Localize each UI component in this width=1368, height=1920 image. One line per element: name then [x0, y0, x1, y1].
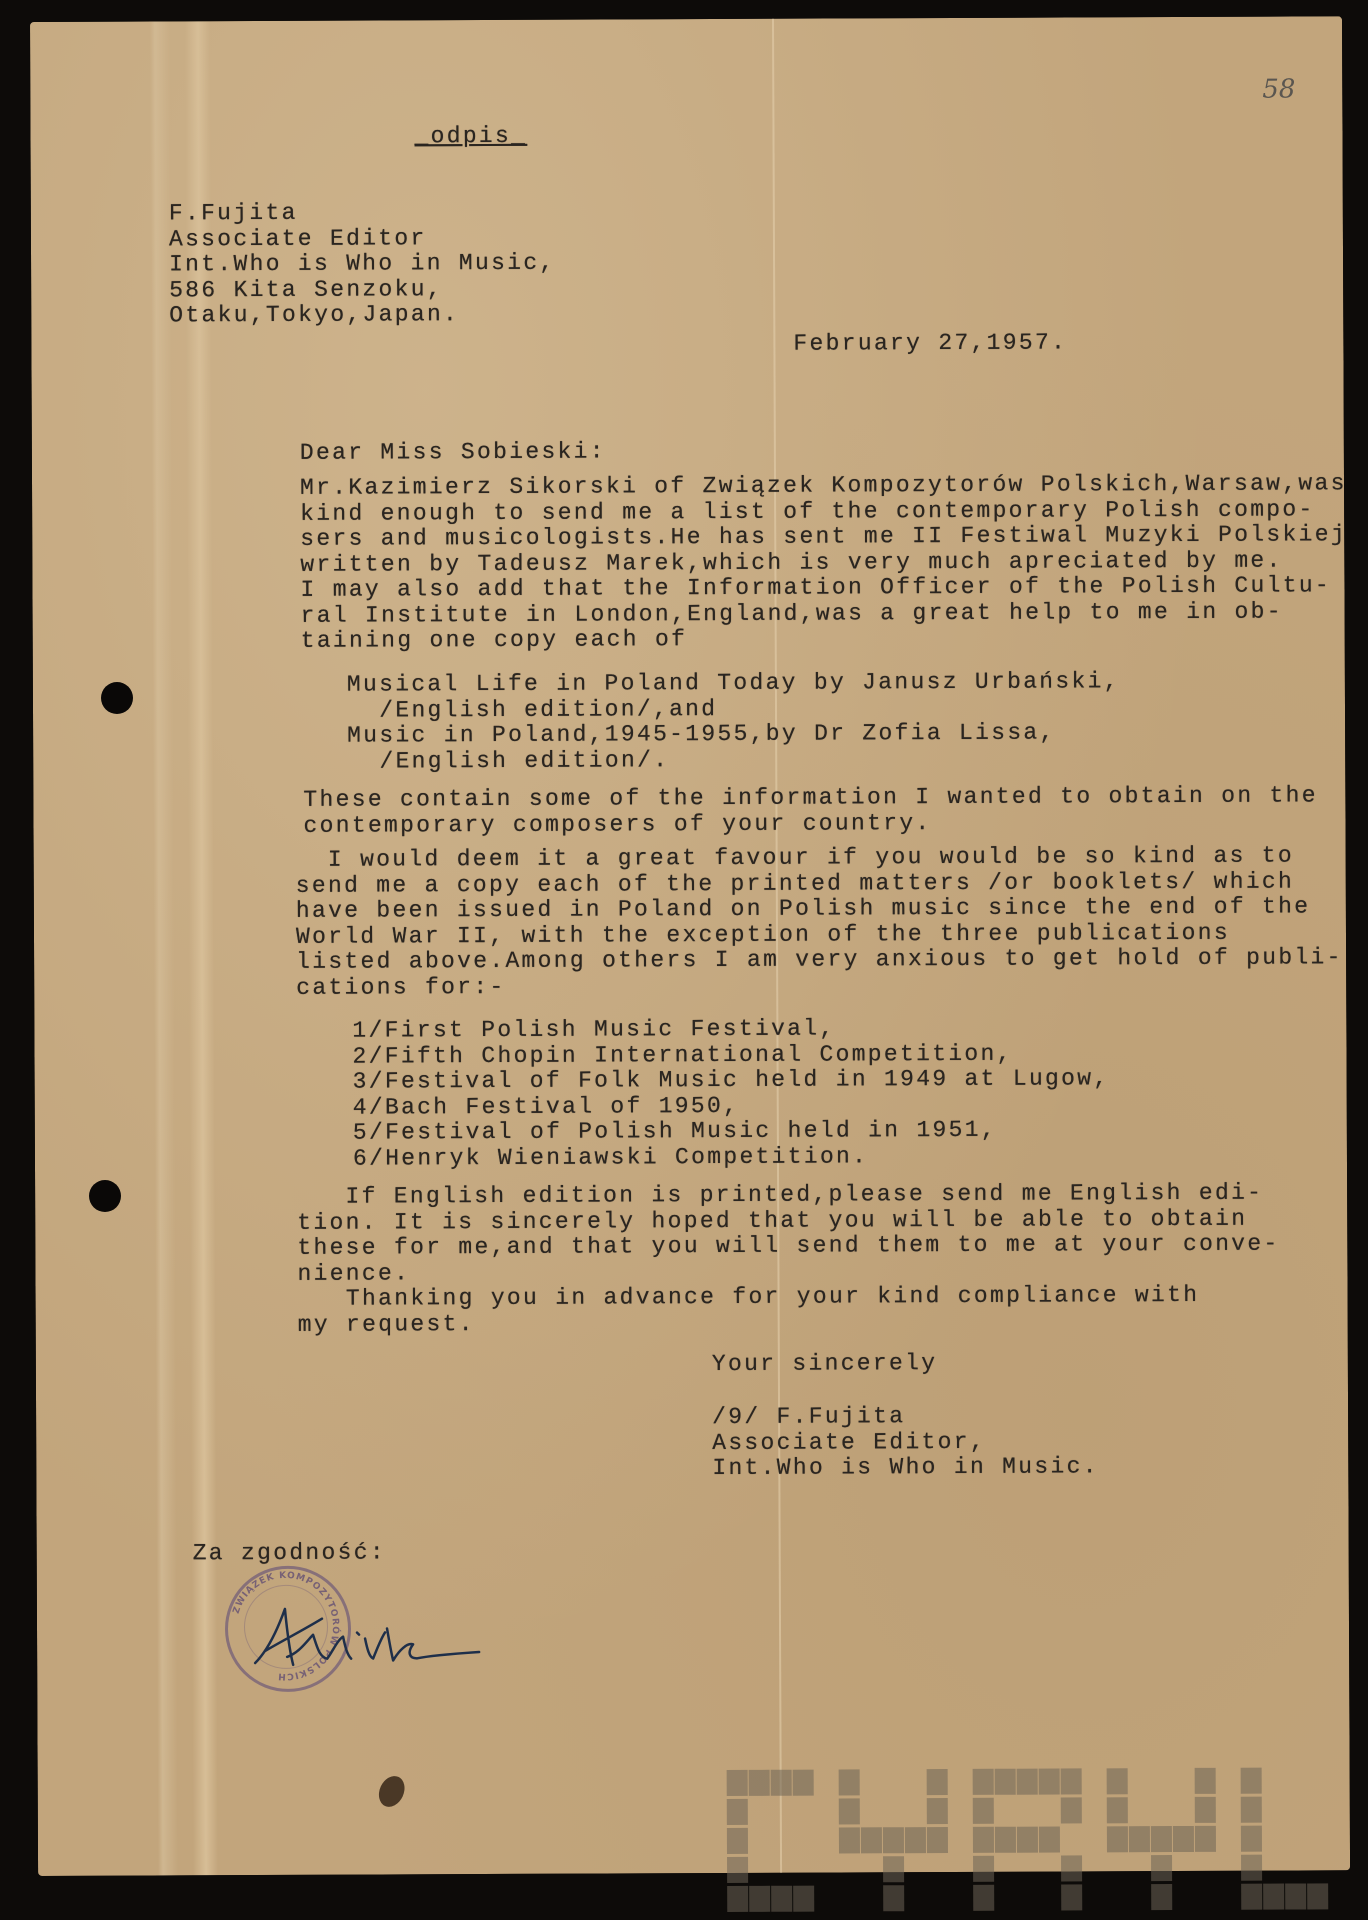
- signature-line: Associate Editor,: [712, 1429, 1099, 1456]
- paragraph-4: If English edition is printed,please sen…: [297, 1181, 1280, 1338]
- page-number: 58: [1262, 74, 1295, 104]
- paragraph-2: These contain some of the information I …: [303, 783, 1318, 838]
- punch-hole: [101, 682, 133, 714]
- address-line: Associate Editor: [169, 225, 556, 252]
- text-line: my request.: [298, 1308, 1280, 1338]
- text-line: these for me,and that you will send them…: [297, 1232, 1279, 1262]
- book-line: Musical Life in Poland Today by Janusz U…: [347, 669, 1120, 698]
- address-line: Int.Who is Who in Music,: [169, 251, 556, 278]
- text-line: contemporary composers of your country.: [303, 809, 1318, 839]
- signature-line: Int.Who is Who in Music.: [712, 1454, 1099, 1481]
- books-list: Musical Life in Poland Today by Janusz U…: [347, 669, 1120, 774]
- salutation: Dear Miss Sobieski:: [300, 439, 606, 466]
- address-line: F.Fujita: [169, 200, 556, 227]
- book-line: /English edition/.: [347, 746, 1120, 775]
- sender-address: F.FujitaAssociate EditorInt.Who is Who i…: [169, 200, 556, 329]
- letter-date: February 27,1957.: [793, 330, 1067, 357]
- heading-text: _odpis_: [414, 123, 527, 149]
- certification-label: Za zgodność:: [193, 1540, 386, 1566]
- text-line: listed above.Among others I am very anxi…: [296, 945, 1343, 975]
- publications-list: 1/First Polish Music Festival,2/Fifth Ch…: [352, 1015, 1109, 1171]
- text-line: ral Institute in London,England,was a gr…: [301, 599, 1348, 629]
- list-item: 3/Festival of Folk Music held in 1949 at…: [353, 1066, 1110, 1095]
- punch-hole: [89, 1180, 121, 1212]
- text-line: taining one copy each of: [301, 624, 1348, 654]
- paragraph-3: I would deem it a great favour if you wo…: [296, 843, 1343, 1001]
- text-line: These contain some of the information I …: [303, 783, 1318, 813]
- text-line: cations for:-: [296, 971, 1343, 1001]
- signature-block: /9/ F.FujitaAssociate Editor,Int.Who is …: [712, 1403, 1099, 1481]
- paragraph-1: Mr.Kazimierz Sikorski of Związek Kompozy…: [300, 471, 1347, 654]
- closing: Your sincerely: [712, 1351, 938, 1377]
- document-heading: _odpis_: [414, 124, 527, 150]
- text-line: Thanking you in advance for your kind co…: [298, 1283, 1280, 1313]
- letter-page: 58 _odpis_ F.FujitaAssociate EditorInt.W…: [30, 16, 1350, 1876]
- list-item: 1/First Polish Music Festival,: [352, 1015, 1109, 1044]
- address-line: 586 Kita Senzoku,: [169, 276, 556, 303]
- list-item: 6/Henryk Wieniawski Competition.: [353, 1143, 1110, 1172]
- list-item: 5/Festival of Polish Music held in 1951,: [353, 1117, 1110, 1146]
- ink-blot: [374, 1772, 409, 1811]
- signature-line: /9/ F.Fujita: [712, 1403, 1099, 1430]
- address-line: Otaku,Tokyo,Japan.: [169, 302, 556, 329]
- handwritten-signature-icon: [247, 1600, 487, 1681]
- book-line: Music in Poland,1945-1955,by Dr Zofia Li…: [347, 720, 1120, 749]
